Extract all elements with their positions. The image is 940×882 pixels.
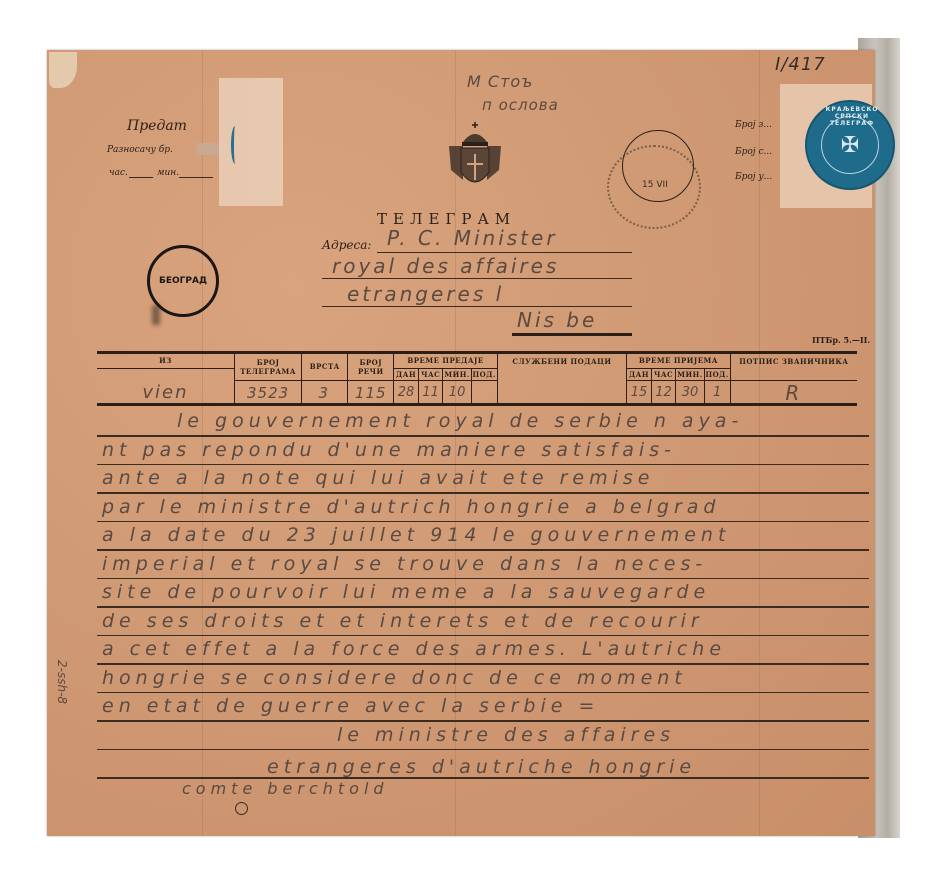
message-line: imperial et royal se trouve dans la nece…	[102, 553, 707, 575]
type-value: 3	[319, 384, 332, 402]
word-count-value: 115	[355, 384, 387, 402]
margin-note: 2-ssh-8	[55, 660, 69, 704]
minute-label: мин.	[157, 168, 179, 178]
message-line: de ses droits et et interets et de recou…	[102, 610, 704, 632]
number-label-1: Број з...	[735, 120, 772, 130]
col-sent-time: ВРЕМЕ ПРЕДАЈЕ	[394, 354, 498, 368]
address-line-2: royal des affaires	[332, 254, 559, 278]
paper-tape	[219, 78, 283, 206]
telegram-no-value: 3523	[247, 384, 289, 402]
courier-label: Разносачу бр.	[107, 145, 173, 155]
sent-hour: 11	[422, 385, 439, 400]
date-stamp-text: 15 VII	[642, 180, 668, 190]
col-word-count: БРОЈ РЕЧИ	[348, 354, 394, 380]
signature-line: comte berchtold	[182, 779, 389, 798]
col-official-data: СЛУЖБЕНИ ПОДАЦИ	[497, 354, 626, 405]
signature-line: le ministre des affaires	[337, 724, 675, 746]
col-received-time: ВРЕМЕ ПРИЈЕМА	[627, 354, 731, 368]
ruled-line	[97, 663, 869, 665]
archive-number: I/417	[775, 54, 826, 75]
address-label: Адреса:	[322, 238, 371, 252]
ruled-line	[97, 578, 869, 580]
received-second: 1	[713, 385, 721, 400]
message-line: le gouvernement royal de serbie n ayа-	[177, 410, 743, 432]
from-value: vien	[142, 382, 188, 403]
fold-line	[759, 50, 760, 836]
number-label-3: Број у...	[735, 172, 772, 182]
ruled-line	[97, 549, 869, 551]
message-line: hongrie se considere donc de ce moment	[102, 667, 687, 689]
address-line-3: etrangeres l	[347, 282, 504, 306]
received-day: 15	[631, 385, 648, 400]
hour-label: час.	[109, 168, 128, 178]
message-line: en etat de guerre avec la serbie =	[102, 695, 599, 717]
form-code: ПТБр. 5.—II.	[812, 335, 870, 345]
ruled-line	[97, 435, 869, 437]
message-line: par le ministre d'autrich hongrie a belg…	[102, 496, 720, 518]
ruled-line	[97, 635, 869, 637]
small-circle-mark	[235, 802, 248, 815]
col-type: ВРСТА	[302, 354, 348, 380]
message-line: site de pourvoir lui meme a la sauvegard…	[102, 581, 710, 603]
address-line-4: Nis be	[517, 308, 597, 332]
ruled-line	[97, 521, 869, 523]
received-minute: 30	[682, 385, 699, 400]
message-line: a la date du 23 juillet 914 le gouvernem…	[102, 524, 730, 546]
received-hour: 12	[655, 385, 672, 400]
col-signature: ПОТПИС ЗВАНИЧНИКА	[730, 354, 857, 380]
address-line-1: P. C. Minister	[387, 226, 558, 250]
top-note-line-2: п ослова	[482, 96, 559, 114]
message-line: ante a la note qui lui avait ete remise	[102, 467, 654, 489]
message-line: nt pas repondu d'une maniere satisfais-	[102, 439, 676, 461]
ruled-line	[97, 492, 869, 494]
message-line: a cet effet a la force des armes. L'autr…	[102, 638, 726, 660]
ruled-line	[97, 720, 869, 722]
col-from: ИЗ	[97, 354, 234, 368]
ruled-line	[97, 692, 869, 694]
submitted-title: Предат	[127, 118, 187, 134]
ruled-line	[97, 464, 869, 466]
blue-seal-text: КРАЉЕВСКО СРПСКИ ТЕЛЕГРАФ	[817, 106, 887, 127]
ruled-line	[97, 749, 869, 751]
sent-day: 28	[398, 385, 415, 400]
official-signature: R	[785, 381, 802, 405]
telegram-paper: Предат Разносачу бр. час. мин. М Стоъ п …	[47, 50, 875, 836]
sent-minute: 10	[449, 385, 466, 400]
top-note-line-1: М Стоъ	[467, 72, 533, 91]
transmission-table: ИЗ БРОЈ ТЕЛЕГРАМА ВРСТА БРОЈ РЕЧИ ВРЕМЕ …	[97, 354, 857, 405]
number-label-2: Број с...	[735, 147, 772, 157]
coat-of-arms-icon	[445, 120, 505, 200]
ruled-line	[97, 606, 869, 608]
paper-stain	[49, 52, 77, 88]
signature-line: etrangeres d'autriche hongrie	[267, 756, 696, 778]
col-telegram-no: БРОЈ ТЕЛЕГРАМА	[234, 354, 301, 380]
